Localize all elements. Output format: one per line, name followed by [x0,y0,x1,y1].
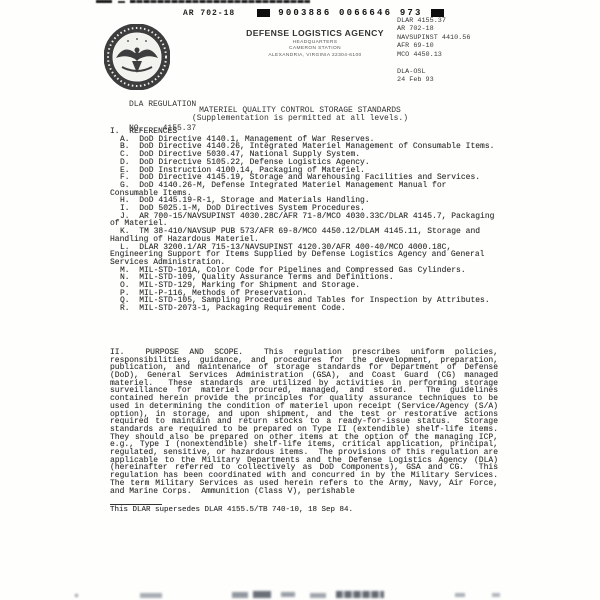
scan-artifact [455,593,465,597]
scan-artifact [232,592,248,598]
scan-artifact [130,0,310,3]
reference-id: AFR 69-10 [397,42,470,50]
scan-artifact [336,591,384,598]
agency-address: ALEXANDRIA, VIRGINIA 22304-6100 [235,53,395,58]
reference-item: L. DLAR 3200.1/AR 715-13/NAVSUPINST 4120… [110,244,498,267]
reference-item: G. DoD 4140.26-M, Defense Integrated Mat… [110,182,498,197]
scan-artifact [281,592,295,597]
reference-id: DLAR 4155.37 [397,17,470,25]
agency-header: DEFENSE LOGISTICS AGENCY HEADQUARTERS CA… [235,28,395,58]
purpose-paragraph: II. PURPOSE AND SCOPE. This regulation p… [110,349,498,495]
scan-artifact [118,1,125,3]
reference-item: J. AR 700-15/NAVSUPINST 4030.28C/AFR 71-… [110,213,498,228]
agency-headquarters: HEADQUARTERS [235,40,395,45]
reference-item: R. MIL-STD-2073-1, Packaging Requirement… [110,305,498,313]
office-symbol-date: DLA-OSL 24 Feb 93 [397,68,434,84]
reference-id: AR 702-18 [397,25,470,33]
reference-id-list: DLAR 4155.37AR 702-18NAVSUPINST 4410.56A… [397,17,470,59]
document-body: I. REFERENCES A. DoD Directive 4140.1, M… [110,128,498,515]
reference-id: MCO 4450.13 [397,51,470,59]
scan-artifact [96,0,112,3]
stamp-code: AR 702-18 [183,9,235,18]
scan-artifact [75,594,78,597]
agency-name: DEFENSE LOGISTICS AGENCY [235,28,395,38]
footnote-text: This DLAR supersedes DLAR 4155.5/TB 740-… [110,507,498,515]
scan-artifact [253,591,271,598]
document-date: 24 Feb 93 [397,76,434,84]
dla-seal-icon [104,24,170,90]
reference-id: NAVSUPINST 4410.56 [397,34,470,42]
footnote: This DLAR supersedes DLAR 4155.5/TB 740-… [110,504,498,515]
title-subline: (Supplementation is permitted at all lev… [105,115,495,123]
scan-artifact [310,593,326,598]
document-title: MATERIEL QUALITY CONTROL STORAGE STANDAR… [105,107,495,124]
references-list: A. DoD Directive 4140.1, Management of W… [110,136,498,313]
stamp-block-icon [257,9,270,17]
scan-artifact [492,593,500,597]
stamp-block-icon [431,9,444,17]
agency-station: CAMERON STATION [235,46,395,51]
office-symbol: DLA-OSL [397,68,434,76]
reference-item: K. TM 38-410/NAVSUP PUB 573/AFR 69-8/MCO… [110,228,498,243]
document-page: AR 702-18 9003886 0066646 973 DEFENSE LO… [0,0,600,600]
scan-artifact [140,593,162,598]
